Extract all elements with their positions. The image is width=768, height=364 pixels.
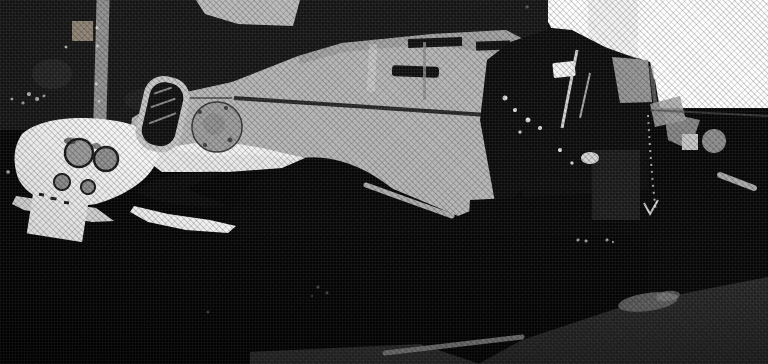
speck — [95, 83, 98, 86]
glint — [570, 161, 573, 164]
glint — [513, 108, 517, 112]
speck — [11, 98, 14, 101]
steering-glint — [581, 152, 599, 164]
speck — [35, 97, 39, 101]
hood-vent — [392, 65, 439, 78]
speck — [65, 46, 68, 49]
lamp-speck — [198, 110, 202, 114]
speck — [612, 241, 614, 243]
speck — [525, 5, 528, 8]
horn-left — [54, 174, 70, 190]
lamp-cluster-group — [192, 102, 242, 152]
rear-bright-square — [682, 134, 698, 150]
pole-sign — [72, 21, 93, 41]
headlight-right — [94, 147, 118, 171]
photo-canvas — [0, 0, 768, 364]
horn-right — [81, 180, 95, 194]
speck — [6, 170, 10, 174]
lamp-speck — [203, 143, 207, 147]
speck — [606, 239, 609, 242]
headrest-blob — [702, 129, 726, 153]
glint — [526, 118, 531, 123]
speck — [43, 95, 46, 98]
hood-trim-line — [423, 42, 426, 100]
glint — [503, 96, 508, 101]
speck — [311, 295, 313, 297]
speck — [317, 286, 320, 289]
fascia-speck — [64, 138, 76, 145]
glint — [538, 126, 542, 130]
speck — [207, 311, 210, 314]
fascia-speck — [91, 143, 101, 149]
glint — [558, 148, 562, 152]
door-inner-panel — [592, 150, 640, 220]
license-plate — [27, 188, 90, 242]
photo-halftone-roadster — [0, 0, 768, 364]
speck — [577, 239, 580, 242]
lamp-speck — [228, 138, 233, 143]
speck — [22, 102, 25, 105]
speck — [95, 44, 98, 47]
speck — [585, 240, 588, 243]
lamp-speck — [224, 106, 228, 110]
speck — [326, 292, 329, 295]
lamp-disc-center — [203, 113, 225, 135]
cowl-louver-left — [408, 37, 462, 48]
glint — [518, 130, 521, 133]
license-plate-group — [27, 188, 90, 242]
speck — [95, 26, 98, 29]
speck — [98, 100, 101, 103]
speck — [27, 92, 31, 96]
wall-blob — [32, 59, 72, 89]
